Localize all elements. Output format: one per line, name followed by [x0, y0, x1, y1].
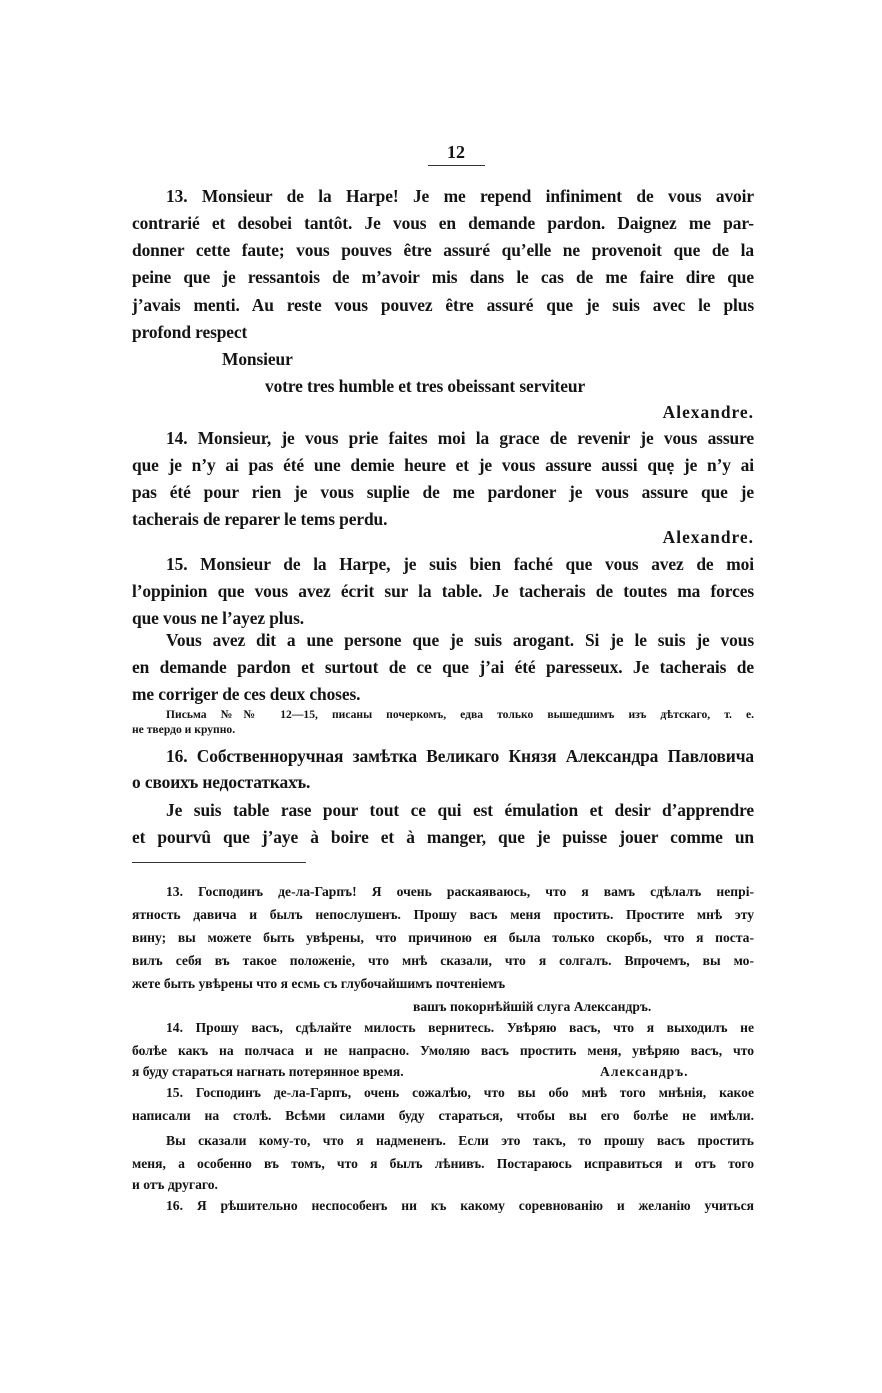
footnote-line: 15. Господинъ де-ла-Гарпъ, очень сожалѣю… [166, 1085, 754, 1101]
footnote-line: и отъ другаго. [132, 1177, 754, 1193]
footnote-line: вилъ себя въ такое положеніе, что мнѣ ск… [132, 953, 754, 969]
footnote-line: 14. Прошу васъ, сдѣлайте милость верните… [166, 1020, 754, 1036]
text-line: peine que je ressantois de m’avoir mis d… [132, 267, 754, 287]
text-line: tacherais de reparer le tems perdu. [132, 509, 754, 529]
footnote-line: вину; вы можете быть увѣрены, что причин… [132, 930, 754, 946]
page-number: 12 [428, 142, 484, 163]
text-line: l’oppinion que vous avez écrit sur la ta… [132, 581, 754, 601]
footnote-line: написали на столѣ. Всѣми силами буду ста… [132, 1108, 754, 1124]
note-line: не твердо и крупно. [132, 723, 754, 737]
text-line: 15. Monsieur de la Harpe, je suis bien f… [166, 554, 754, 574]
footnote-closing: вашъ покорнѣйшій слуга Александръ. [413, 999, 754, 1015]
text-line: contrarié et desobei tantôt. Je vous en … [132, 213, 754, 233]
text-line: 13. Monsieur de la Harpe! Je me repend i… [166, 186, 754, 206]
text-line: profond respect [132, 322, 754, 342]
footnote-line: 16. Я рѣшительно неспособенъ ни къ каком… [166, 1198, 754, 1214]
text-line: me corriger de ces deux choses. [132, 684, 754, 704]
text-line: que vous ne l’ayez plus. [132, 608, 754, 628]
salutation: Monsieur [222, 349, 522, 369]
text-line: et pourvû que j’aye à boire et à manger,… [132, 827, 754, 847]
footnote-line: болѣе какъ на полчаса и не напрасно. Умо… [132, 1043, 754, 1059]
text-line: 14. Monsieur, je vous prie faites moi la… [166, 428, 754, 448]
text-line: pas été pour rien je vous suplie de me p… [132, 482, 754, 502]
signature: Alexandre. [132, 402, 754, 422]
heading-line: 16. Собственноручная замѣтка Великаго Кн… [166, 746, 754, 766]
footnote-separator [132, 862, 306, 863]
text-line: que je n’y ai pas été une demie heure et… [132, 455, 754, 475]
footnote-line: Вы сказали кому-то, что я надмененъ. Есл… [166, 1133, 754, 1149]
footnote-line: меня, а особенно въ томъ, что я былъ лѣн… [132, 1156, 754, 1172]
note-line: Письма №№ 12—15, писаны почеркомъ, едва … [166, 708, 754, 722]
heading-line: о своихъ недостаткахъ. [132, 772, 754, 792]
closing: votre tres humble et tres obeissant serv… [265, 376, 685, 396]
document-page: 12 13. Monsieur de la Harpe! Je me repen… [0, 0, 882, 1393]
text-line: j’avais menti. Au reste vous pouvez être… [132, 295, 754, 315]
header-rule [428, 165, 485, 166]
footnote-signature: Александръ. [600, 1064, 760, 1080]
text-line: Vous avez dit a une persone que je suis … [166, 630, 754, 650]
text-line: en demande pardon et surtout de ce que j… [132, 657, 754, 677]
footnote-line: ятность давича и былъ непослушенъ. Прошу… [132, 907, 754, 923]
footnote-line: 13. Господинъ де-ла-Гарпъ! Я очень раска… [166, 884, 754, 900]
text-line: donner cette faute; vous pouves être ass… [132, 240, 754, 260]
text-line: Je suis table rase pour tout ce qui est … [166, 800, 754, 820]
footnote-line: жете быть увѣрены что я есмь съ глубочай… [132, 976, 754, 992]
signature: Alexandre. [132, 527, 754, 547]
